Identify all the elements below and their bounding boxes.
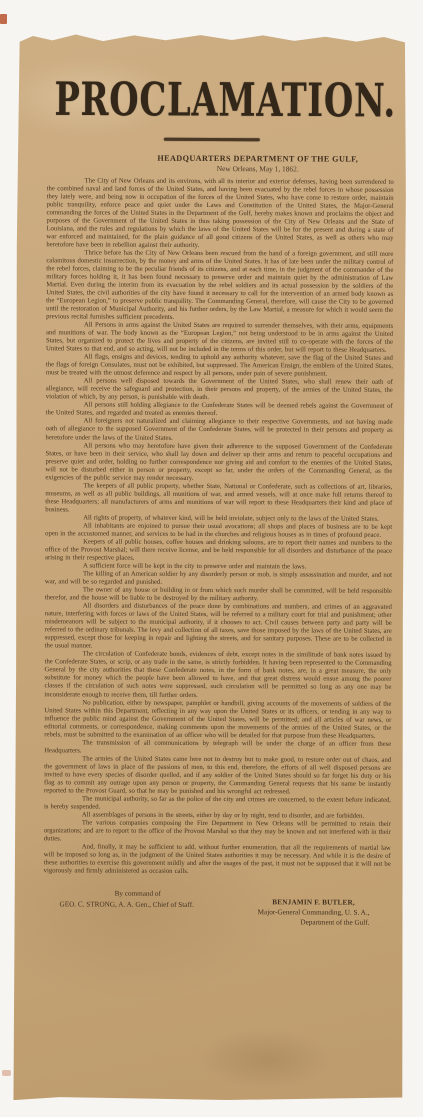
by-command-label: By command of: [115, 890, 194, 898]
paragraph: All persons still holding allegiance to …: [46, 402, 393, 420]
chief-of-staff-signature: GEO. C. STRONG, A. A. Gen., Chief of Sta…: [60, 901, 194, 910]
signature-left: By command of GEO. C. STRONG, A. A. Gen.…: [60, 890, 195, 910]
paragraph: The various companies composing the Fire…: [44, 819, 391, 845]
title-row: PROCLAMATION.: [17, 79, 407, 122]
paragraph: All foreigners not naturalized and claim…: [46, 418, 393, 444]
commander-department: Department of the Gulf.: [258, 918, 370, 928]
paragraph: The armies of the United States came her…: [44, 755, 391, 797]
paragraph: All persons well disposed towards the Go…: [46, 378, 393, 404]
proclamation-broadside: PROCLAMATION. HEADQUARTERS DEPARTMENT OF…: [13, 32, 408, 1103]
paragraph: The City of New Orleans and its environs…: [46, 177, 393, 251]
commander-title: Major-General Commanding, U. S. A.,: [258, 908, 370, 918]
page-title: PROCLAMATION.: [54, 77, 396, 124]
paragraph: The municipal authority, so far as the p…: [44, 795, 391, 813]
paragraph: All persons who may heretofore have give…: [45, 442, 392, 484]
proclamation-body: The City of New Orleans and its environs…: [14, 173, 407, 877]
title-divider: [164, 138, 260, 141]
paragraph: The killing of an American soldier by an…: [45, 570, 392, 588]
signature-right: BENJAMIN F. BUTLER, Major-General Comman…: [258, 898, 370, 928]
red-edge-mark-bottom: [2, 1070, 11, 1076]
paragraph: All Persons in arms against the United S…: [46, 321, 393, 355]
paragraph: All flags, ensigns and devices, tending …: [46, 353, 393, 379]
signature-block: By command of GEO. C. STRONG, A. A. Gen.…: [13, 889, 403, 928]
red-edge-mark: [0, 14, 7, 24]
paragraph: No publication, either by newspaper, pam…: [44, 699, 391, 741]
paragraph: All disorders and disturbances of the pe…: [45, 602, 392, 652]
paragraph: The transmission of all communications b…: [44, 739, 391, 757]
paragraph: All inhabitants are enjoined to pursue t…: [45, 522, 392, 540]
paragraph: Thrice before has the City of New Orlean…: [46, 249, 393, 323]
paragraph: The owner of any house or building in or…: [45, 586, 392, 604]
paragraph: Keepers of all public houses, coffee hou…: [45, 538, 392, 564]
headquarters-block: HEADQUARTERS DEPARTMENT OF THE GULF, New…: [17, 153, 407, 174]
paragraph: The circulation of Confederate bonds, ev…: [44, 651, 391, 701]
photo-background: PROCLAMATION. HEADQUARTERS DEPARTMENT OF…: [0, 0, 423, 1117]
paragraph: The keepers of all public property, whet…: [45, 482, 392, 516]
paragraph: And, finally, it may be sufficient to ad…: [44, 843, 391, 877]
commander-name: BENJAMIN F. BUTLER,: [258, 898, 370, 908]
